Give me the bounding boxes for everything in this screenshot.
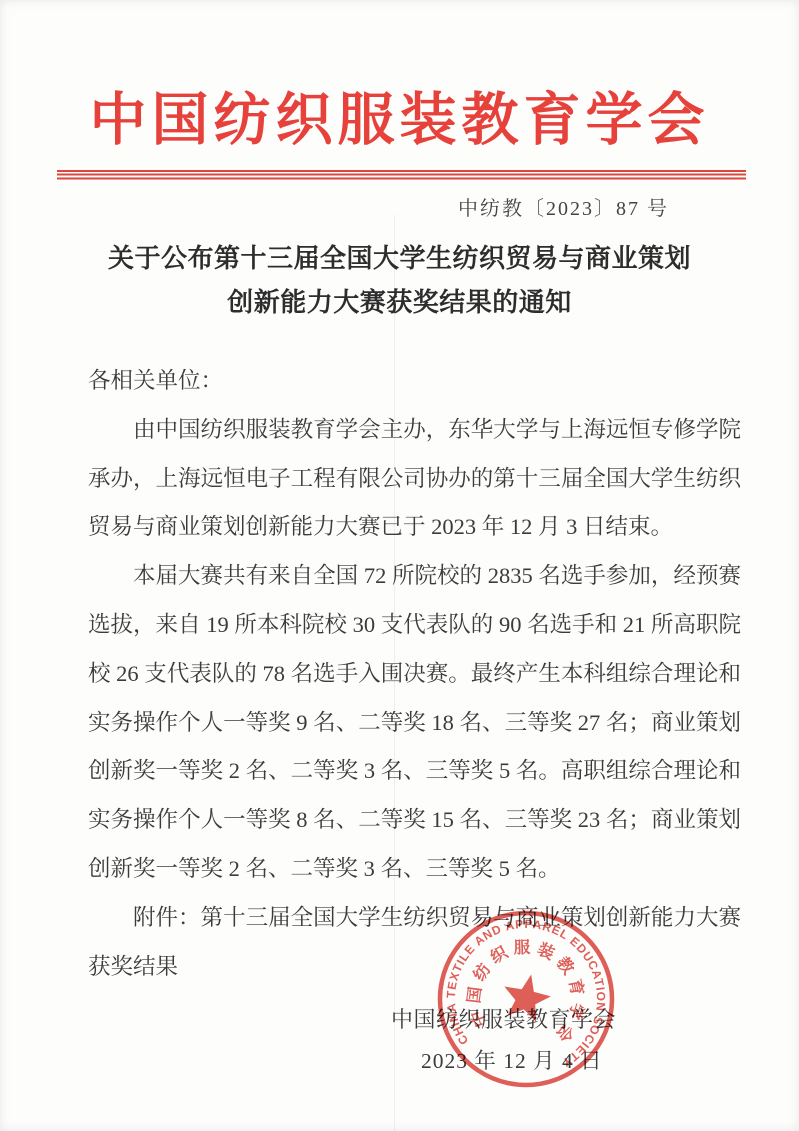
signature-org: 中国纺织服装教育学会 <box>391 1003 616 1034</box>
attachment-line: 附件：第十三届全国大学生纺织贸易与商业策划创新能力大赛获奖结果 <box>88 894 741 992</box>
scanned-notice-page: 中国纺织服装教育学会 中纺教〔2023〕87 号 关于公布第十三届全国大学生纺织… <box>0 0 799 1131</box>
document-number: 中纺教〔2023〕87 号 <box>0 192 669 221</box>
notice-title-line1: 关于公布第十三届全国大学生纺织贸易与商业策划 <box>60 237 739 281</box>
salutation: 各相关单位： <box>88 357 741 406</box>
signature-date: 2023 年 12 月 4 日 <box>421 1044 603 1075</box>
notice-title-line2: 创新能力大赛获奖结果的通知 <box>60 281 739 325</box>
paragraph-2: 本届大赛共有来自全国 72 所院校的 2835 名选手参加，经预赛选拔，来自 1… <box>88 552 741 894</box>
paragraph-1: 由中国纺织服装教育学会主办，东华大学与上海远恒专修学院承办，上海远恒电子工程有限… <box>88 406 741 552</box>
org-masthead: 中国纺织服装教育学会 <box>0 74 799 156</box>
notice-body: 各相关单位： 由中国纺织服装教育学会主办，东华大学与上海远恒专修学院承办，上海远… <box>88 357 741 991</box>
notice-title: 关于公布第十三届全国大学生纺织贸易与商业策划 创新能力大赛获奖结果的通知 <box>60 237 739 325</box>
red-double-rule <box>57 170 746 180</box>
